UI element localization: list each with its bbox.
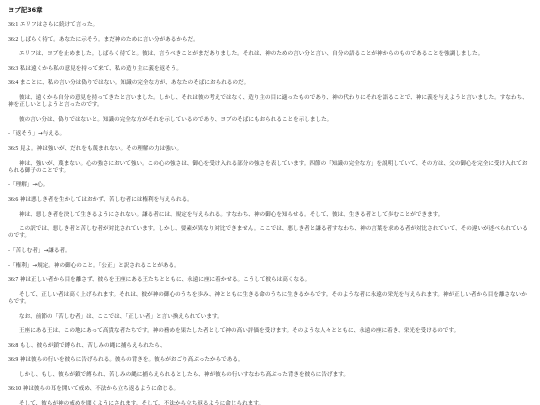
verse-paragraph: 36:3私は遠くから私の意見を持って来て、私の造り主に義を返そう。: [8, 66, 532, 73]
verse-text: 神は悪しき者を生かしてはおかず、苦しむ者には権利を与えられる。: [20, 197, 193, 203]
commentary-paragraph: エリフは、ヨブを止めました。しばらく待てと。彼は、言うべきことがまだありました。…: [8, 51, 532, 58]
verse-paragraph: 36:5見よ。神は強いが、だれをも蔑まれない。その理解の力は強い。: [8, 146, 532, 153]
verse-text: 神は彼らの行いを彼らに告げられる。彼らの背きを。彼らがおごり高ぶったからである。: [20, 357, 244, 363]
verse-paragraph: 36:7神は正しい者から目を離さず、彼らを王座にある王たちとともに、永遠に座に着…: [8, 277, 532, 284]
commentary-paragraph: 彼は、遠くから自分の意見を持ってきたと言いました。しかし、それは彼の考えではなく…: [8, 95, 532, 109]
commentary-paragraph: そして、彼らが神の戒めを聞くようにされます。そして、不法から立ち返るように命じら…: [8, 401, 532, 405]
verse-text: まことに、私の言い分は偽りではない。知識の完全な方が、あなたのそばにおられるのだ…: [20, 80, 249, 86]
verse-number: 36:8: [8, 343, 18, 349]
verse-number: 36:10: [8, 386, 21, 392]
word-note: -「権利」→規定。神の御心のこと。「公正」と訳されることがある。: [8, 263, 532, 270]
verse-paragraph: 36:2しばらく待て。あなたに示そう。まだ神のために言い分があるからだ。: [8, 37, 532, 44]
verse-text: しばらく待て。あなたに示そう。まだ神のために言い分があるからだ。: [20, 37, 199, 43]
verse-number: 36:5: [8, 146, 18, 152]
verse-text: 見よ。神は強いが、だれをも蔑まれない。その理解の力は強い。: [20, 146, 182, 152]
verse-paragraph: 36:9神は彼らの行いを彼らに告げられる。彼らの背きを。彼らがおごり高ぶったから…: [8, 357, 532, 364]
commentary-paragraph: 王座にある王は、この地にあって高貴な者たちです。神の務めを果たした者として神の高…: [8, 328, 532, 335]
commentary-paragraph: 神は、悪しき者を決して生きるようにされない。謙る者には、規定を与えられる。すなわ…: [8, 212, 532, 219]
verse-paragraph: 36:6神は悪しき者を生かしてはおかず、苦しむ者には権利を与えられる。: [8, 197, 532, 204]
verse-text: 私は遠くから私の意見を持って来て、私の造り主に義を返そう。: [20, 66, 182, 72]
document-page: ヨブ記36章 36:1エリフはさらに続けて言った。36:2しばらく待て。あなたに…: [0, 0, 540, 405]
commentary-paragraph: 彼の言い分は、偽りではないと。知識の完全な方がそれを示しているのであり、ヨブのそ…: [8, 117, 532, 124]
verse-paragraph: 36:10神は彼らの耳を開いて戒め、不法から立ち返るように命じる。: [8, 386, 532, 393]
page-title: ヨブ記36章: [8, 6, 532, 15]
word-note: -「理解」→心。: [8, 182, 532, 189]
commentary-paragraph: そして、正しい者は高く上げられます。それは、彼が神の御心のうちを歩み、神とともに…: [8, 292, 532, 306]
verse-paragraph: 36:4まことに、私の言い分は偽りではない。知識の完全な方が、あなたのそばにおら…: [8, 80, 532, 87]
verse-paragraph: 36:1エリフはさらに続けて言った。: [8, 22, 532, 29]
verse-number: 36:3: [8, 66, 18, 72]
verse-text: 神は正しい者から目を離さず、彼らを王座にある王たちとともに、永遠に座に着かせる。…: [20, 277, 310, 283]
word-note: -「返そう」→与える。: [8, 131, 532, 138]
verse-number: 36:1: [8, 22, 18, 28]
verse-number: 36:6: [8, 197, 18, 203]
verse-number: 36:4: [8, 80, 18, 86]
verse-text: もし、彼らが鎖で縛られ、苦しみの縄に捕らえられたら、: [20, 343, 166, 349]
commentary-paragraph: なお、前節の「苦しむ者」は、ここでは、「正しい者」と言い換えられています。: [8, 314, 532, 321]
verse-number: 36:7: [8, 277, 18, 283]
verse-paragraph: 36:8もし、彼らが鎖で縛られ、苦しみの縄に捕らえられたら、: [8, 343, 532, 350]
commentary-paragraph: この訳では、悪しき者と苦しむ者が対比されています。しかし、要素が異なり対比できま…: [8, 226, 532, 240]
verse-text: 神は彼らの耳を開いて戒め、不法から立ち返るように命じる。: [23, 386, 179, 392]
verse-number: 36:2: [8, 37, 18, 43]
commentary-paragraph: 神は、強いが、蔑まない。心の強さにおいて強い。この心の強さは、御心を受け入れる部…: [8, 161, 532, 175]
verse-text: エリフはさらに続けて言った。: [20, 22, 98, 28]
word-note: -「苦しむ者」→謙る者。: [8, 248, 532, 255]
commentary-paragraph: しかし、もし、彼らが鎖で縛られ、苦しみの縄に捕らえられるとしたら、神が彼らの行い…: [8, 372, 532, 379]
verse-number: 36:9: [8, 357, 18, 363]
document-body: 36:1エリフはさらに続けて言った。36:2しばらく待て。あなたに示そう。まだ神…: [8, 22, 532, 405]
